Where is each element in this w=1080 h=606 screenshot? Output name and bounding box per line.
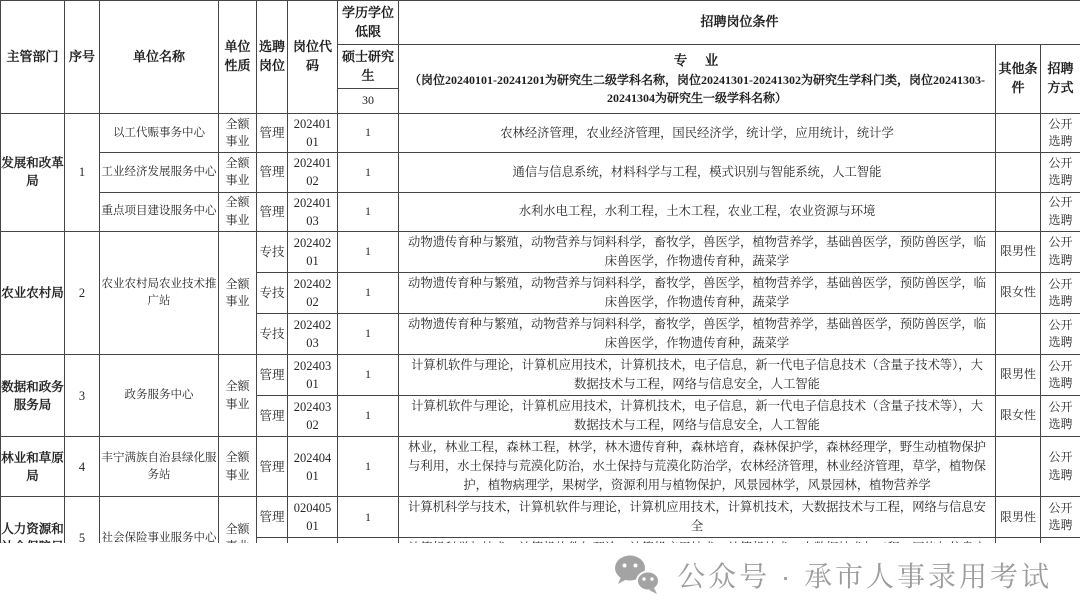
nature-cell: 全额事业 — [219, 114, 257, 153]
header-dept: 主管部门 — [1, 1, 65, 114]
count-cell: 1 — [338, 355, 399, 396]
major-cell: 动物遗传育种与繁殖，动物营养与饲料科学，畜牧学，兽医学，植物营养学，基础兽医学，… — [399, 272, 996, 313]
position-cell: 管理 — [257, 192, 288, 231]
header-edu-limit: 学历学位低限 — [338, 1, 399, 45]
code-cell: 20240401 — [288, 437, 338, 497]
other-cell — [996, 114, 1041, 153]
position-cell: 管理 — [257, 437, 288, 497]
table-row: 林业和草原局 4 丰宁满族自治县绿化服务站 全额事业 管理 20240401 1… — [1, 437, 1080, 497]
seq-cell: 2 — [65, 231, 100, 354]
code-cell: 20240202 — [288, 272, 338, 313]
method-cell: 公开选聘 — [1041, 114, 1080, 153]
position-cell: 管理 — [257, 355, 288, 396]
other-cell: 限男性 — [996, 497, 1041, 538]
header-edu-count: 30 — [338, 89, 399, 114]
header-major-note: （岗位20240101-20241201为研究生二级学科名称，岗位2024130… — [401, 71, 993, 107]
unit-cell: 农业农村局农业技术推广站 — [100, 231, 219, 354]
dept-cell: 农业农村局 — [1, 231, 65, 354]
code-cell: 20240103 — [288, 192, 338, 231]
position-cell: 专技 — [257, 313, 288, 354]
other-cell — [996, 313, 1041, 354]
major-cell: 计算机软件与理论，计算机应用技术，计算机技术，电子信息，新一代电子信息技术（含量… — [399, 396, 996, 437]
dept-cell: 数据和政务服务局 — [1, 355, 65, 437]
header-edu-master: 硕士研究生 — [338, 45, 399, 89]
position-cell: 管理 — [257, 497, 288, 538]
unit-cell: 工业经济发展服务中心 — [100, 153, 219, 192]
method-cell: 公开选聘 — [1041, 192, 1080, 231]
method-cell: 公开选聘 — [1041, 437, 1080, 497]
count-cell: 1 — [338, 153, 399, 192]
method-cell: 公开选聘 — [1041, 497, 1080, 538]
major-cell: 林业，林业工程，森林工程，林学，林木遗传育种，森林培育，森林保护学，森林经理学，… — [399, 437, 996, 497]
method-cell: 公开选聘 — [1041, 231, 1080, 272]
method-cell: 公开选聘 — [1041, 313, 1080, 354]
header-major: 专 业 （岗位20240101-20241201为研究生二级学科名称，岗位202… — [399, 45, 996, 114]
header-method: 招聘方式 — [1041, 45, 1080, 114]
major-cell: 动物遗传育种与繁殖，动物营养与饲料科学，畜牧学，兽医学，植物营养学，基础兽医学，… — [399, 231, 996, 272]
header-code: 岗位代码 — [288, 1, 338, 114]
position-cell: 管理 — [257, 114, 288, 153]
major-cell: 计算机科学与技术，计算机软件与理论，计算机应用技术，计算机技术，大数据技术与工程… — [399, 497, 996, 538]
header-seq: 序号 — [65, 1, 100, 114]
other-cell — [996, 153, 1041, 192]
seq-cell: 1 — [65, 114, 100, 232]
unit-cell: 政务服务中心 — [100, 355, 219, 437]
position-cell: 专技 — [257, 272, 288, 313]
unit-cell: 重点项目建设服务中心 — [100, 192, 219, 231]
nature-cell: 全额事业 — [219, 437, 257, 497]
major-cell: 计算机软件与理论，计算机应用技术，计算机技术，电子信息，新一代电子信息技术（含量… — [399, 355, 996, 396]
header-row-1: 主管部门 序号 单位名称 单位性质 选聘岗位 岗位代码 学历学位低限 招聘岗位条… — [1, 1, 1080, 45]
method-cell: 公开选聘 — [1041, 396, 1080, 437]
position-cell: 管理 — [257, 396, 288, 437]
seq-cell: 3 — [65, 355, 100, 437]
method-cell: 公开选聘 — [1041, 355, 1080, 396]
position-cell: 专技 — [257, 231, 288, 272]
other-cell — [996, 192, 1041, 231]
table-row: 数据和政务服务局 3 政务服务中心 全额事业 管理 20240301 1 计算机… — [1, 355, 1080, 396]
unit-cell: 丰宁满族自治县绿化服务站 — [100, 437, 219, 497]
table-row: 重点项目建设服务中心 全额事业 管理 20240103 1 水利水电工程，水利工… — [1, 192, 1080, 231]
recruitment-table: 主管部门 序号 单位名称 单位性质 选聘岗位 岗位代码 学历学位低限 招聘岗位条… — [0, 0, 1080, 580]
code-cell: 20240302 — [288, 396, 338, 437]
method-cell: 公开选聘 — [1041, 272, 1080, 313]
wechat-label: 公众号 · 承市人事录用考试 — [677, 555, 1052, 595]
seq-cell: 4 — [65, 437, 100, 497]
table-row: 人力资源和社会保障局 5 社会保险事业服务中心 全额事业 管理 02040501… — [1, 497, 1080, 538]
other-cell: 限女性 — [996, 396, 1041, 437]
code-cell: 02040501 — [288, 497, 338, 538]
other-cell: 限女性 — [996, 272, 1041, 313]
dept-cell: 林业和草原局 — [1, 437, 65, 497]
header-position: 选聘岗位 — [257, 1, 288, 114]
header-unit: 单位名称 — [100, 1, 219, 114]
code-cell: 20240301 — [288, 355, 338, 396]
header-conditions: 招聘岗位条件 — [399, 1, 1080, 45]
method-cell: 公开选聘 — [1041, 153, 1080, 192]
header-other: 其他条件 — [996, 45, 1041, 114]
header-nature: 单位性质 — [219, 1, 257, 114]
footer-watermark: 公众号 · 承市人事录用考试 — [0, 543, 1080, 606]
count-cell: 1 — [338, 497, 399, 538]
major-cell: 动物遗传育种与繁殖，动物营养与饲料科学，畜牧学，兽医学，植物营养学，基础兽医学，… — [399, 313, 996, 354]
other-cell: 限男性 — [996, 355, 1041, 396]
nature-cell: 全额事业 — [219, 153, 257, 192]
table-row: 发展和改革局 1 以工代赈事务中心 全额事业 管理 20240101 1 农林经… — [1, 114, 1080, 153]
code-cell: 20240101 — [288, 114, 338, 153]
code-cell: 20240201 — [288, 231, 338, 272]
major-cell: 水利水电工程，水利工程，土木工程，农业工程，农业资源与环境 — [399, 192, 996, 231]
other-cell: 限男性 — [996, 231, 1041, 272]
count-cell: 1 — [338, 231, 399, 272]
count-cell: 1 — [338, 114, 399, 153]
count-cell: 1 — [338, 396, 399, 437]
code-cell: 20240203 — [288, 313, 338, 354]
count-cell: 1 — [338, 192, 399, 231]
major-cell: 农林经济管理，农业经济管理，国民经济学，统计学，应用统计，统计学 — [399, 114, 996, 153]
count-cell: 1 — [338, 313, 399, 354]
major-cell: 通信与信息系统，材料科学与工程，模式识别与智能系统，人工智能 — [399, 153, 996, 192]
other-cell — [996, 437, 1041, 497]
position-cell: 管理 — [257, 153, 288, 192]
nature-cell: 全额事业 — [219, 231, 257, 354]
wechat-badge: 公众号 · 承市人事录用考试 — [611, 553, 1052, 597]
count-cell: 1 — [338, 437, 399, 497]
count-cell: 1 — [338, 272, 399, 313]
table-row: 工业经济发展服务中心 全额事业 管理 20240102 1 通信与信息系统，材料… — [1, 153, 1080, 192]
header-major-title: 专 业 — [401, 51, 993, 71]
code-cell: 20240102 — [288, 153, 338, 192]
table-row: 农业农村局 2 农业农村局农业技术推广站 全额事业 专技 20240201 1 … — [1, 231, 1080, 272]
wechat-icon — [611, 553, 663, 597]
nature-cell: 全额事业 — [219, 355, 257, 437]
dept-cell: 发展和改革局 — [1, 114, 65, 232]
unit-cell: 以工代赈事务中心 — [100, 114, 219, 153]
nature-cell: 全额事业 — [219, 192, 257, 231]
